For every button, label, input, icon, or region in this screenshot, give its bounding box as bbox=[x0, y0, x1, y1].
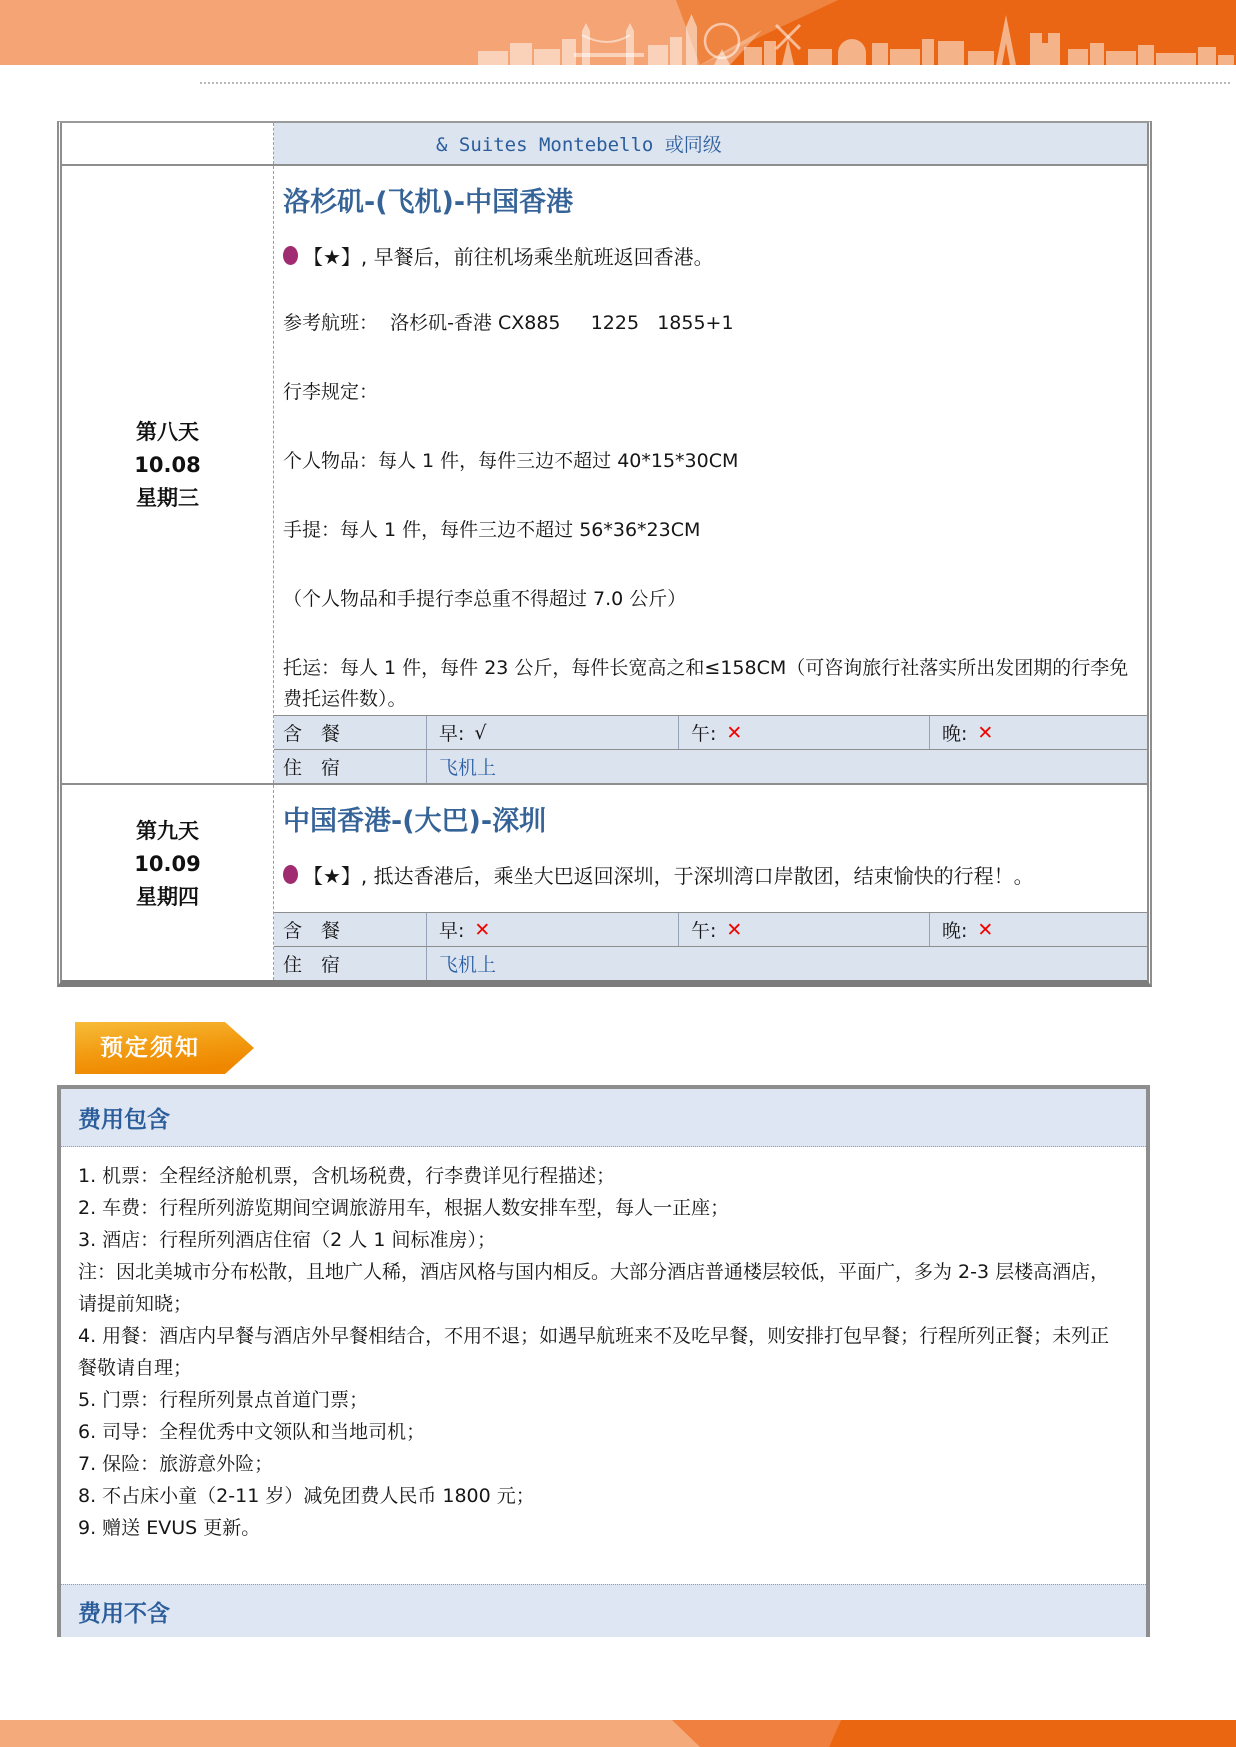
day9-label-cell: 第九天 10.09 星期四 bbox=[62, 785, 274, 980]
day8-carryon-rule: 手提：每人 1 件，每件三边不超过 56*36*23CM bbox=[283, 515, 1131, 546]
fee-item: 1. 机票：全程经济舱机票，含机场税费，行李费详见行程描述； bbox=[78, 1160, 1122, 1192]
day9-lunch-label: 午: bbox=[691, 916, 716, 943]
cross-mark: ✕ bbox=[977, 722, 993, 744]
check-mark: √ bbox=[474, 722, 486, 744]
day9-date: 10.09 bbox=[62, 848, 273, 881]
day8-meal-label: 含 餐 bbox=[274, 716, 426, 749]
day8-dinner-label: 晚: bbox=[942, 719, 967, 746]
fee-item: 5. 门票：行程所列景点首道门票； bbox=[78, 1384, 1122, 1416]
fee-item: 9. 赠送 EVUS 更新。 bbox=[78, 1512, 1122, 1544]
day8-checked-baggage-rule: 托运：每人 1 件，每件 23 公斤，每件长宽高之和≤158CM（可咨询旅行社落… bbox=[283, 653, 1131, 715]
magenta-dot-icon bbox=[283, 865, 298, 884]
fee-item: 4. 用餐：酒店内早餐与酒店外早餐相结合，不用不退；如遇早航班来不及吃早餐，则安… bbox=[78, 1320, 1122, 1384]
day8-lodging-value: 飞机上 bbox=[426, 750, 1147, 783]
cross-mark: ✕ bbox=[474, 919, 490, 941]
day8-row: 第八天 10.08 星期三 洛杉矶-(飞机)-中国香港 【★】, 早餐后，前往机… bbox=[62, 166, 1147, 785]
fee-exclude-header: 费用不含 bbox=[61, 1584, 1146, 1637]
day8-label-cell: 第八天 10.08 星期三 bbox=[62, 166, 274, 783]
day8-lodging-label: 住 宿 bbox=[274, 750, 426, 783]
day9-number: 第九天 bbox=[62, 815, 273, 848]
footer-band bbox=[0, 1720, 1236, 1747]
fee-include-title: 费用包含 bbox=[78, 1101, 170, 1134]
day9-lunch-cell: 午: ✕ bbox=[678, 913, 929, 946]
day8-highlight-text: 【★】, 早餐后，前往机场乘坐航班返回香港。 bbox=[303, 241, 714, 270]
day9-breakfast-label: 早: bbox=[439, 916, 464, 943]
day8-weekday: 星期三 bbox=[62, 482, 273, 515]
itinerary-table: & Suites Montebello 或同级 第八天 10.08 星期三 洛杉… bbox=[57, 121, 1152, 987]
day9-meal-row: 含 餐 早: ✕ 午: ✕ 晚: ✕ bbox=[274, 912, 1147, 946]
cross-mark: ✕ bbox=[726, 919, 742, 941]
day8-lunch-label: 午: bbox=[691, 719, 716, 746]
cross-mark: ✕ bbox=[726, 722, 742, 744]
fee-item: 7. 保险：旅游意外险； bbox=[78, 1448, 1122, 1480]
booking-notice-badge: 预定须知 bbox=[75, 1022, 255, 1074]
cross-mark: ✕ bbox=[977, 919, 993, 941]
day8-lodging-row: 住 宿 飞机上 bbox=[274, 749, 1147, 783]
day8-flight-info: 参考航班： 洛杉矶-香港 CX885 1225 1855+1 bbox=[283, 308, 1131, 339]
hotel-row-day-cell bbox=[62, 123, 274, 164]
day8-number: 第八天 bbox=[62, 416, 273, 449]
day9-lodging-row: 住 宿 飞机上 bbox=[274, 946, 1147, 980]
day9-weekday: 星期四 bbox=[62, 881, 273, 914]
day9-highlight-line: 【★】, 抵达香港后，乘坐大巴返回深圳，于深圳湾口岸散团，结束愉快的行程！。 bbox=[283, 860, 1131, 889]
day9-dinner-cell: 晚: ✕ bbox=[929, 913, 1147, 946]
fee-exclude-title: 费用不含 bbox=[78, 1595, 170, 1628]
day8-date: 10.08 bbox=[62, 449, 273, 482]
fee-box: 费用包含 1. 机票：全程经济舱机票，含机场税费，行李费详见行程描述； 2. 车… bbox=[57, 1085, 1150, 1637]
day9-lodging-value: 飞机上 bbox=[426, 947, 1147, 980]
fee-item: 2. 车费：行程所列游览期间空调旅游用车，根据人数安排车型，每人一正座； bbox=[78, 1192, 1122, 1224]
day9-dinner-label: 晚: bbox=[942, 916, 967, 943]
day8-highlight-line: 【★】, 早餐后，前往机场乘坐航班返回香港。 bbox=[283, 241, 1131, 270]
hotel-row: & Suites Montebello 或同级 bbox=[62, 123, 1147, 166]
fee-item: 8. 不占床小童（2-11 岁）减免团费人民币 1800 元； bbox=[78, 1480, 1122, 1512]
header-band bbox=[0, 0, 1236, 65]
booking-notice-label: 预定须知 bbox=[75, 1022, 225, 1074]
day8-content: 洛杉矶-(飞机)-中国香港 【★】, 早餐后，前往机场乘坐航班返回香港。 参考航… bbox=[274, 166, 1147, 715]
day8-content-column: 洛杉矶-(飞机)-中国香港 【★】, 早餐后，前往机场乘坐航班返回香港。 参考航… bbox=[274, 166, 1147, 783]
day9-content-column: 中国香港-(大巴)-深圳 【★】, 抵达香港后，乘坐大巴返回深圳，于深圳湾口岸散… bbox=[274, 785, 1147, 980]
footer-band-shapes bbox=[0, 1720, 1236, 1747]
fee-include-list: 1. 机票：全程经济舱机票，含机场税费，行李费详见行程描述； 2. 车费：行程所… bbox=[61, 1147, 1146, 1584]
day8-dinner-cell: 晚: ✕ bbox=[929, 716, 1147, 749]
day8-breakfast-cell: 早: √ bbox=[426, 716, 678, 749]
day8-personal-item-rule: 个人物品：每人 1 件，每件三边不超过 40*15*30CM bbox=[283, 446, 1131, 477]
day8-meal-row: 含 餐 早: √ 午: ✕ 晚: ✕ bbox=[274, 715, 1147, 749]
hotel-name-text: & Suites Montebello 或同级 bbox=[436, 130, 722, 157]
day9-title: 中国香港-(大巴)-深圳 bbox=[283, 799, 1131, 838]
hotel-name-cell: & Suites Montebello 或同级 bbox=[274, 123, 1147, 164]
fee-include-header: 费用包含 bbox=[61, 1089, 1146, 1147]
day8-title: 洛杉矶-(飞机)-中国香港 bbox=[283, 180, 1131, 219]
header-band-shapes bbox=[0, 0, 1236, 65]
day8-breakfast-label: 早: bbox=[439, 719, 464, 746]
day9-lodging-label: 住 宿 bbox=[274, 947, 426, 980]
day9-row: 第九天 10.09 星期四 中国香港-(大巴)-深圳 【★】, 抵达香港后，乘坐… bbox=[62, 785, 1147, 980]
magenta-dot-icon bbox=[283, 246, 298, 265]
day9-breakfast-cell: 早: ✕ bbox=[426, 913, 678, 946]
fee-item: 6. 司导：全程优秀中文领队和当地司机； bbox=[78, 1416, 1122, 1448]
fee-item-note: 注：因北美城市分布松散，且地广人稀，酒店风格与国内相反。大部分酒店普通楼层较低，… bbox=[78, 1256, 1122, 1320]
header-divider-line bbox=[200, 82, 1230, 84]
day8-lunch-cell: 午: ✕ bbox=[678, 716, 929, 749]
day8-weight-note: （个人物品和手提行李总重不得超过 7.0 公斤） bbox=[283, 584, 1131, 615]
day8-baggage-heading: 行李规定： bbox=[283, 377, 1131, 408]
fee-item: 3. 酒店：行程所列酒店住宿（2 人 1 间标准房）； bbox=[78, 1224, 1122, 1256]
day9-highlight-text: 【★】, 抵达香港后，乘坐大巴返回深圳，于深圳湾口岸散团，结束愉快的行程！。 bbox=[303, 860, 1034, 889]
day9-meal-label: 含 餐 bbox=[274, 913, 426, 946]
day9-content: 中国香港-(大巴)-深圳 【★】, 抵达香港后，乘坐大巴返回深圳，于深圳湾口岸散… bbox=[274, 785, 1147, 912]
